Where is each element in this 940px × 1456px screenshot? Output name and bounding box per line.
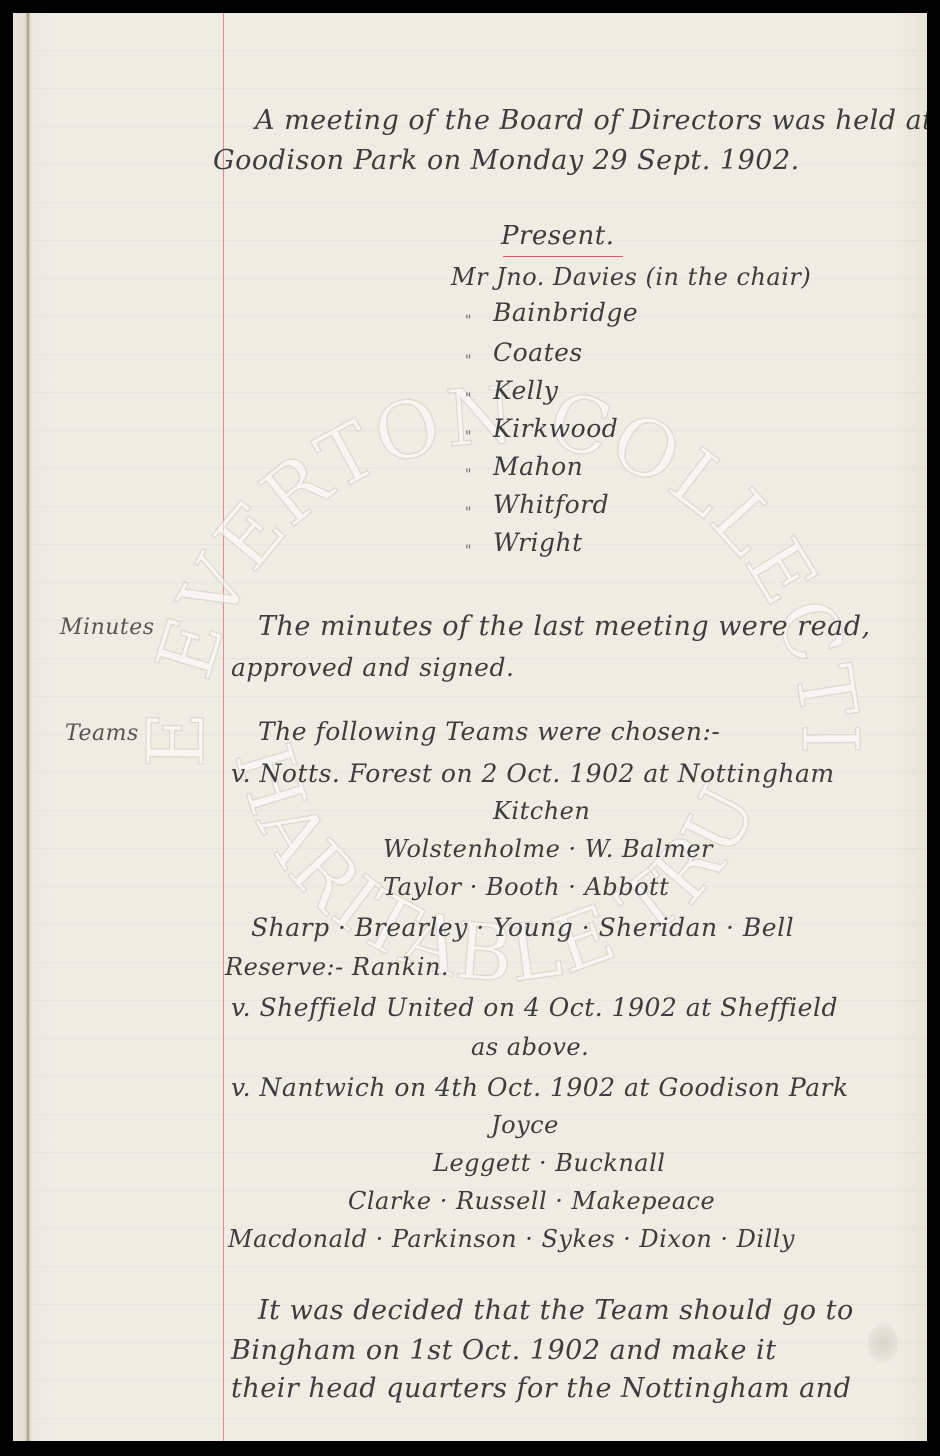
fixture-1-forwards: Sharp · Brearley · Young · Sheridan · Be… [251, 913, 794, 942]
ditto-mark: " [465, 353, 472, 369]
fixture-2-line: v. Sheffield United on 4 Oct. 1902 at Sh… [231, 993, 838, 1022]
fixture-3-line: v. Nantwich on 4th Oct. 1902 at Goodison… [231, 1073, 849, 1102]
margin-label-minutes: Minutes [60, 615, 155, 640]
ditto-mark: " [465, 467, 472, 483]
minute-book-page: THE EVERTON COLLECTION CHARITABLE TRUST … [13, 13, 927, 1441]
fixture-1-goalkeeper: Kitchen [493, 797, 590, 825]
fixture-1-backs: Wolstenholme · W. Balmer [383, 835, 713, 863]
ditto-mark: " [465, 429, 472, 445]
fixture-3-forwards: Macdonald · Parkinson · Sykes · Dixon · … [228, 1225, 795, 1253]
present-member: Kirkwood [493, 414, 618, 443]
red-margin-line [223, 13, 224, 1441]
fixture-2-note: as above. [471, 1033, 589, 1061]
present-member: Whitford [493, 490, 609, 519]
decision-line-3: their head quarters for the Nottingham a… [231, 1373, 851, 1404]
present-underline [503, 256, 623, 257]
binding-edge [26, 13, 32, 1441]
present-member: Bainbridge [493, 298, 638, 327]
fixture-1-line: v. Notts. Forest on 2 Oct. 1902 at Notti… [231, 759, 835, 788]
present-member: Mahon [493, 452, 583, 481]
present-chair: Mr Jno. Davies (in the chair) [451, 263, 811, 291]
present-label: Present. [501, 221, 615, 251]
present-member: Kelly [493, 376, 558, 405]
teams-intro: The following Teams were chosen:- [258, 717, 720, 746]
fixture-1-reserve: Reserve:- Rankin. [225, 953, 449, 981]
binding-gutter [13, 13, 26, 1441]
decision-line-1: It was decided that the Team should go t… [258, 1295, 854, 1326]
decision-line-2: Bingham on 1st Oct. 1902 and make it [231, 1335, 777, 1366]
fixture-1-halfbacks: Taylor · Booth · Abbott [383, 873, 669, 901]
present-member: Wright [493, 528, 583, 557]
fixture-3-backs: Leggett · Bucknall [433, 1149, 665, 1177]
fixture-3-halfbacks: Clarke · Russell · Makepeace [348, 1187, 715, 1215]
heading-line-1: A meeting of the Board of Directors was … [255, 105, 927, 136]
minutes-line-2: approved and signed. [231, 653, 514, 682]
ditto-mark: " [465, 391, 472, 407]
present-member: Coates [493, 338, 583, 367]
ditto-mark: " [465, 505, 472, 521]
ditto-mark: " [465, 313, 472, 329]
heading-line-2: Goodison Park on Monday 29 Sept. 1902. [213, 145, 800, 176]
fixture-3-goalkeeper: Joyce [491, 1111, 559, 1139]
ditto-mark: " [465, 543, 472, 559]
minutes-line-1: The minutes of the last meeting were rea… [258, 611, 871, 642]
paper-stain [868, 1323, 898, 1363]
margin-label-teams: Teams [65, 721, 139, 746]
